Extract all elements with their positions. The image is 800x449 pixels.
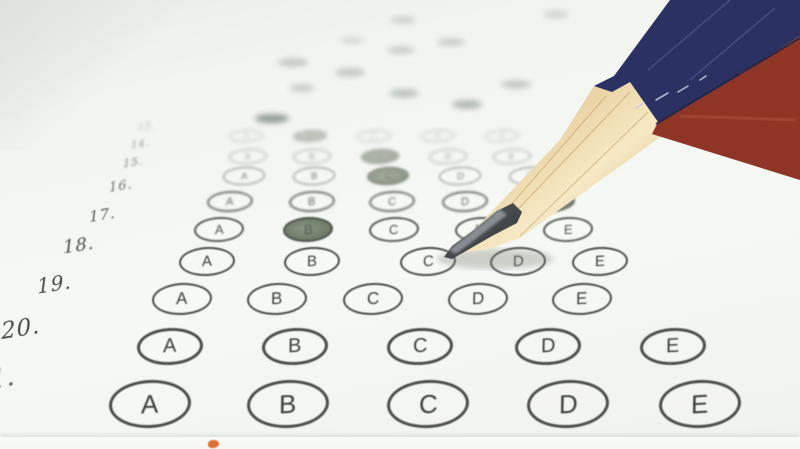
paper-edge-highlight (0, 437, 800, 449)
answer-sheet-photo: 13.ABCDE14.ABCDE15.ABCDE16.ABCDE17.ABCDE… (0, 0, 800, 449)
pencil (0, 0, 800, 449)
